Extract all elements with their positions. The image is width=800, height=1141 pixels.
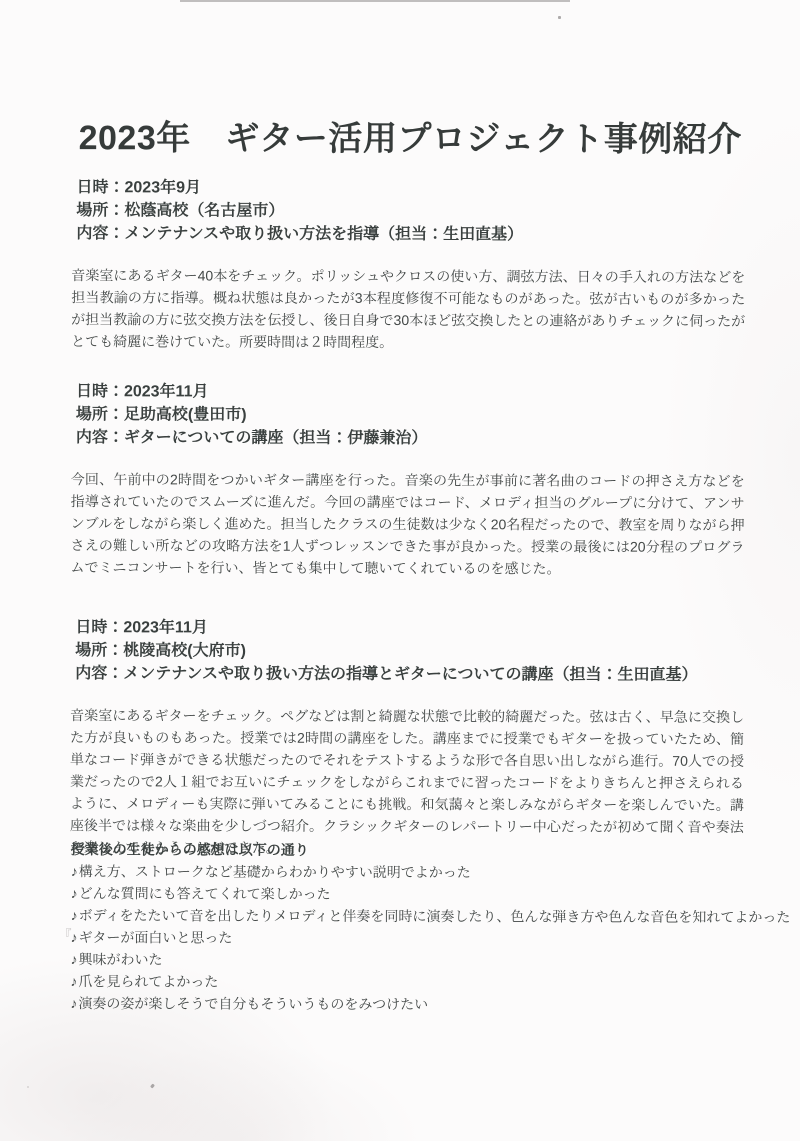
case-section-2: 日時：2023年11月 場所：足助高校(豊田市) 内容：ギターについての講座（担… (0, 380, 799, 580)
feedback-item: ♪興味がわいた (70, 948, 750, 972)
section-body-text: 今回、午前中の2時間をつかいギター講座を行った。音楽の先生が事前に著名曲のコード… (70, 468, 744, 580)
feedback-item-text: ボディをたたいて音を出したりメロディと伴奏を同時に演奏したり、色んな弾き方や色ん… (79, 907, 791, 925)
feedback-item: ♪ギターが面白いと思った (71, 926, 751, 950)
document-content: 2023年 ギター活用プロジェクト事例紹介 日時：2023年9月 場所：松蔭高校… (0, 0, 800, 1141)
feedback-item-text: 興味がわいた (78, 951, 162, 967)
location-line: 場所：足助高校(豊田市) (76, 403, 799, 428)
music-note-icon: ♪ (71, 863, 78, 879)
feedback-item: ♪演奏の姿が楽しそうで自分もそういうものをみつけたい (70, 992, 750, 1016)
case-section-3: 日時：2023年11月 場所：桃陵高校(大府市) 内容：メンテナンスや取り扱い方… (0, 616, 798, 860)
feedback-item: ♪爪を見られてよかった (70, 970, 750, 994)
feedback-item-text: 爪を見られてよかった (78, 973, 218, 989)
feedback-heading: 授業後の生徒からの感想は以下の通り (71, 838, 751, 862)
music-note-icon: ♪ (70, 951, 77, 967)
case-meta: 日時：2023年11月 場所：足助高校(豊田市) 内容：ギターについての講座（担… (76, 380, 799, 451)
music-note-icon: ♪ (71, 885, 78, 901)
date-line: 日時：2023年11月 (76, 380, 799, 405)
feedback-item-text: ギターが面白いと思った (79, 929, 233, 945)
feedback-item: ♪ボディをたたいて音を出したりメロディと伴奏を同時に演奏したり、色んな弾き方や色… (71, 904, 751, 928)
case-meta: 日時：2023年11月 場所：桃陵高校(大府市) 内容：メンテナンスや取り扱い方… (75, 616, 798, 687)
location-line: 場所：桃陵高校(大府市) (75, 639, 798, 664)
feedback-item-text: どんな質問にも答えてくれて楽しかった (79, 885, 331, 902)
date-line: 日時：2023年11月 (75, 616, 798, 641)
document-title: 2023年 ギター活用プロジェクト事例紹介 (79, 110, 742, 161)
section-body-text: 音楽室にあるギターをチェック。ペグなどは割と綺麗な状態で比較的綺麗だった。弦は古… (70, 704, 744, 860)
date-line: 日時：2023年9月 (76, 176, 799, 201)
location-line: 場所：松蔭高校（名古屋市） (76, 199, 799, 224)
section-body-text: 音楽室にあるギター40本をチェック。ポリッシュやクロスの使い方、調弦方法、日々の… (71, 264, 745, 354)
content-line: 内容：メンテナンスや取り扱い方法の指導とギターについての講座（担当：生田直基） (75, 662, 798, 687)
feedback-list: ♪構え方、ストロークなど基礎からわかりやすい説明でよかった ♪どんな質問にも答え… (70, 860, 750, 1016)
content-line: 内容：ギターについての講座（担当：伊藤兼治） (76, 426, 799, 451)
music-note-icon: ♪ (70, 995, 77, 1011)
scan-artifact-mark: 『 (59, 924, 72, 943)
feedback-item-text: 演奏の姿が楽しそうで自分もそういうものをみつけたい (78, 995, 428, 1012)
student-feedback-block: 授業後の生徒からの感想は以下の通り ♪構え方、ストロークなど基礎からわかりやすい… (70, 838, 750, 1016)
feedback-item: ♪どんな質問にも答えてくれて楽しかった (71, 882, 751, 906)
scanned-document-page: 2023年 ギター活用プロジェクト事例紹介 日時：2023年9月 場所：松蔭高校… (0, 0, 800, 1141)
case-meta: 日時：2023年9月 場所：松蔭高校（名古屋市） 内容：メンテナンスや取り扱い方… (76, 176, 799, 247)
case-section-1: 日時：2023年9月 場所：松蔭高校（名古屋市） 内容：メンテナンスや取り扱い方… (0, 176, 800, 354)
music-note-icon: ♪ (71, 907, 78, 923)
feedback-item-text: 構え方、ストロークなど基礎からわかりやすい説明でよかった (79, 863, 471, 880)
music-note-icon: ♪ (71, 929, 78, 945)
music-note-icon: ♪ (70, 973, 77, 989)
feedback-item: ♪構え方、ストロークなど基礎からわかりやすい説明でよかった (71, 860, 751, 884)
content-line: 内容：メンテナンスや取り扱い方法を指導（担当：生田直基） (76, 222, 799, 247)
